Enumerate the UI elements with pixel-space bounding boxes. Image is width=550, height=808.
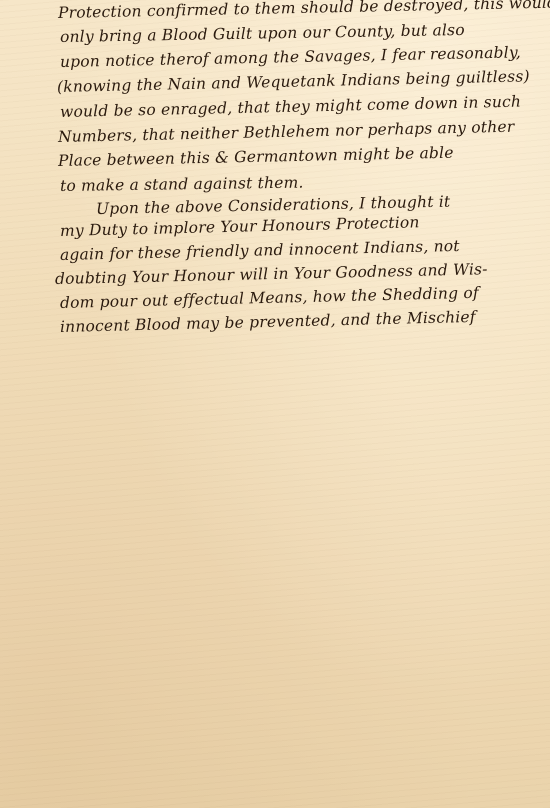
letter-line: upon notice therof among the Savages, I … xyxy=(60,43,521,71)
letter-line: would be so enraged, that they might com… xyxy=(60,93,521,121)
letter-line: doubting Your Honour will in Your Goodne… xyxy=(55,260,488,288)
letter-line: only bring a Blood Guilt upon our County… xyxy=(60,21,465,46)
letter-line: (knowing the Nain and Wequetank Indians … xyxy=(57,67,530,96)
letter-line: Place between this & Germantown might be… xyxy=(58,144,454,170)
letter-line: Protection confirmed to them should be d… xyxy=(58,0,550,22)
letter-line: again for these friendly and innocent In… xyxy=(60,237,460,264)
letter-line: to make a stand against them. xyxy=(60,174,304,195)
letter-line: Numbers, that neither Bethlehem nor perh… xyxy=(58,118,515,146)
letter-page: Protection confirmed to them should be d… xyxy=(0,0,550,808)
